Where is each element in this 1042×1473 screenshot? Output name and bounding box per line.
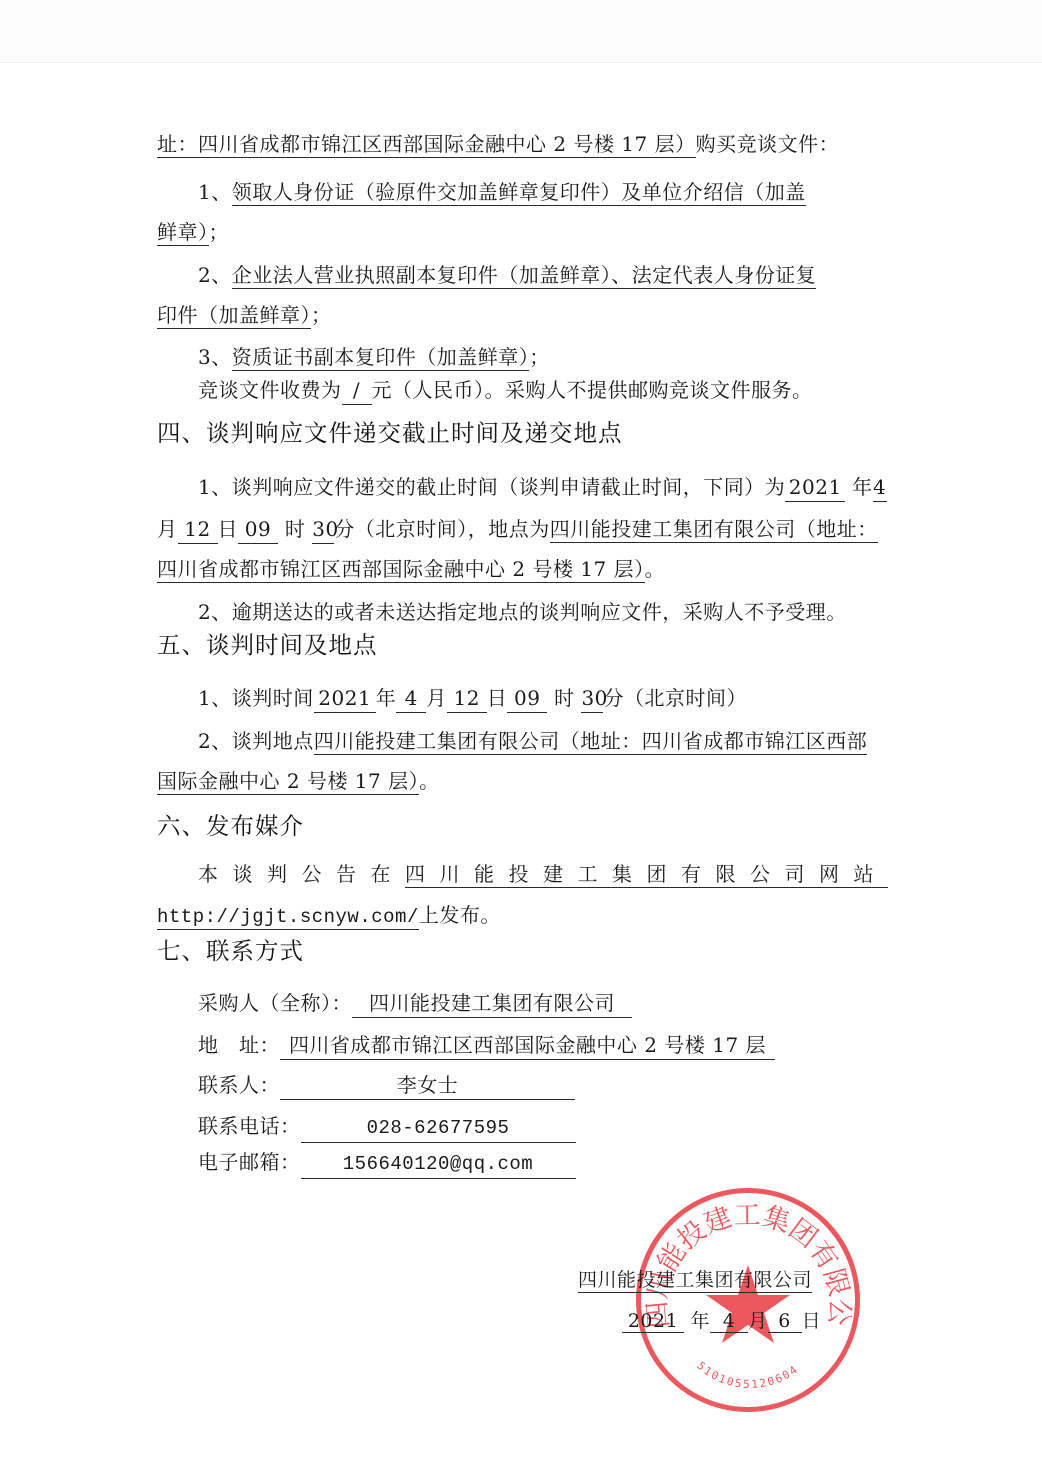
deadline-month: 4 [873, 473, 887, 502]
section-6-body: 本谈判公告在四川能投建工集团有限公司网站 [198, 860, 888, 888]
contact-address: 地 址：四川省成都市锦江区西部国际金融中心 2 号楼 17 层 [198, 1031, 775, 1060]
section-6-body-cont: http://jgjt.scnyw.com/上发布。 [157, 901, 501, 931]
contact-purchaser: 采购人（全称）：四川能投建工集团有限公司 [198, 989, 632, 1018]
item-end: ； [311, 303, 332, 327]
item-text: 企业法人营业执照副本复印件（加盖鲜章）、法定代表人身份证复 [232, 263, 817, 289]
item-end: ； [209, 220, 230, 244]
deadline-minute: 30 [312, 515, 334, 544]
item-text: 领取人身份证（验原件交加盖鲜章复印件）及单位介绍信（加盖 [232, 180, 806, 206]
contact-label: 电子邮箱： [198, 1150, 301, 1174]
section-5-item-2: 2、谈判地点四川能投建工集团有限公司（地址：四川省成都市锦江区西部 [198, 727, 867, 755]
item-end: ； [529, 345, 550, 369]
section-7-heading: 七、联系方式 [157, 936, 304, 966]
item-number: 2、 [198, 263, 232, 287]
deadline-day: 12 [178, 515, 218, 544]
signature-month: 4 [710, 1310, 748, 1333]
sentence-end: 。 [419, 769, 440, 793]
signature-date: 2021 年4月6日 [622, 1306, 821, 1333]
fee-value: / [342, 376, 372, 405]
section-4-item-1-cont2: 四川省成都市锦江区西部国际金融中心 2 号楼 17 层）。 [157, 555, 665, 583]
section-4-heading: 四、谈判响应文件递交截止时间及递交地点 [157, 418, 623, 448]
contact-label: 联系人： [198, 1073, 280, 1097]
section-5-item-1: 1、谈判时间2021年4月12日09 时 30分（北京时间） [198, 684, 747, 713]
unit: 日 [487, 686, 508, 710]
media-url-link[interactable]: http://jgjt.scnyw.com/ [157, 906, 419, 930]
item-text: 资质证书副本复印件（加盖鲜章） [232, 345, 530, 371]
contact-address-value: 四川省成都市锦江区西部国际金融中心 2 号楼 17 层 [280, 1031, 775, 1060]
deadline-place: 四川能投建工集团有限公司（地址： [550, 517, 878, 543]
purchase-intro-line: 址：四川省成都市锦江区西部国际金融中心 2 号楼 17 层）购买竞谈文件： [157, 130, 839, 158]
purchase-item-3: 3、资质证书副本复印件（加盖鲜章）； [198, 343, 550, 371]
unit: 日 [218, 517, 239, 541]
purchase-address-fragment: 址：四川省成都市锦江区西部国际金融中心 2 号楼 17 层） [157, 132, 696, 158]
purchase-intro-tail: 购买竞谈文件： [696, 132, 840, 156]
contact-label: 采购人（全称）： [198, 991, 352, 1015]
deadline-prefix: 1、谈判响应文件递交的截止时间（谈判申请截止时间，下同）为 [198, 475, 785, 499]
contact-label: 联系电话： [198, 1114, 301, 1138]
contact-person: 联系人：李女士 [198, 1071, 575, 1100]
signature-day: 6 [768, 1310, 802, 1333]
fee-prefix: 竞谈文件收费为 [198, 378, 342, 402]
purchase-item-1-cont: 鲜章）； [157, 218, 229, 246]
signature-company-name: 四川能投建工集团有限公司 [578, 1269, 812, 1293]
contact-phone-value: 028-62677595 [301, 1114, 576, 1143]
item-text: 鲜章） [157, 220, 209, 246]
unit: 月 [157, 517, 178, 541]
purchase-item-2-cont: 印件（加盖鲜章）； [157, 301, 332, 329]
unit: 日 [802, 1310, 822, 1332]
svg-text:5101055120604: 5101055120604 [694, 1359, 801, 1391]
unit: 分（北京时间），地点为 [334, 517, 550, 541]
contact-phone: 联系电话：028-62677595 [198, 1112, 576, 1143]
sentence-end: 。 [645, 557, 666, 581]
purchase-item-2: 2、企业法人营业执照副本复印件（加盖鲜章）、法定代表人身份证复 [198, 261, 816, 289]
contact-person-value: 李女士 [280, 1071, 575, 1100]
deadline-hour: 09 [238, 515, 278, 544]
negotiation-day: 12 [447, 684, 487, 713]
deadline-place-address: 四川省成都市锦江区西部国际金融中心 2 号楼 17 层） [157, 557, 645, 583]
contact-email: 电子邮箱：156640120@qq.com [198, 1148, 576, 1179]
negotiation-place: 四川能投建工集团有限公司（地址：四川省成都市锦江区西部 [314, 729, 868, 755]
section-4-item-2: 2、逾期送达的或者未送达指定地点的谈判响应文件，采购人不予受理。 [198, 598, 847, 626]
section-6-heading: 六、发布媒介 [157, 811, 304, 841]
item-number: 1、 [198, 180, 232, 204]
signature-company: 四川能投建工集团有限公司 [578, 1265, 812, 1292]
deadline-year: 2021 [785, 473, 845, 502]
signature-year: 2021 [622, 1310, 684, 1333]
media-suffix: 上发布。 [419, 903, 501, 927]
negotiation-year: 2021 [314, 684, 376, 713]
fee-line: 竞谈文件收费为/元（人民币）。采购人不提供邮购竞谈文件服务。 [198, 376, 813, 405]
seal-star-icon: 四川能投建工集团有限公司 5101055120604 [641, 1193, 855, 1407]
section-4-item-1-cont: 月12日09 时 30分（北京时间），地点为四川能投建工集团有限公司（地址： [157, 515, 878, 544]
contact-email-value[interactable]: 156640120@qq.com [301, 1150, 576, 1179]
item-number: 3、 [198, 345, 232, 369]
media-prefix: 本谈判公告在 [198, 862, 405, 886]
section-4-item-1: 1、谈判响应文件递交的截止时间（谈判申请截止时间，下同）为2021 年4 [198, 473, 887, 502]
negotiation-place-address: 国际金融中心 2 号楼 17 层） [157, 769, 419, 795]
section-5-heading: 五、谈判时间及地点 [157, 630, 378, 660]
unit: 时 [285, 517, 306, 541]
fee-suffix: 元（人民币）。采购人不提供邮购竞谈文件服务。 [372, 378, 813, 402]
negotiation-place-prefix: 2、谈判地点 [198, 729, 314, 753]
contact-label: 地 址： [198, 1033, 280, 1057]
unit: 月 [748, 1310, 768, 1332]
scan-header-band [0, 0, 1042, 63]
media-site-name: 四川能投建工集团有限公司网站 [405, 862, 888, 888]
unit: 年 [852, 475, 873, 499]
unit: 年 [376, 686, 397, 710]
section-5-item-2-cont: 国际金融中心 2 号楼 17 层）。 [157, 767, 440, 795]
unit: 年 [691, 1310, 711, 1332]
negotiation-hour: 09 [507, 684, 547, 713]
unit: 分（北京时间） [603, 686, 747, 710]
company-seal-stamp: 四川能投建工集团有限公司 5101055120604 [636, 1188, 860, 1412]
unit: 时 [554, 686, 575, 710]
contact-purchaser-value: 四川能投建工集团有限公司 [352, 989, 632, 1018]
unit: 月 [426, 686, 447, 710]
negotiation-time-prefix: 1、谈判时间 [198, 686, 314, 710]
negotiation-month: 4 [396, 684, 426, 713]
purchase-item-1: 1、领取人身份证（验原件交加盖鲜章复印件）及单位介绍信（加盖 [198, 178, 806, 206]
negotiation-minute: 30 [581, 684, 603, 713]
item-text: 印件（加盖鲜章） [157, 303, 311, 329]
